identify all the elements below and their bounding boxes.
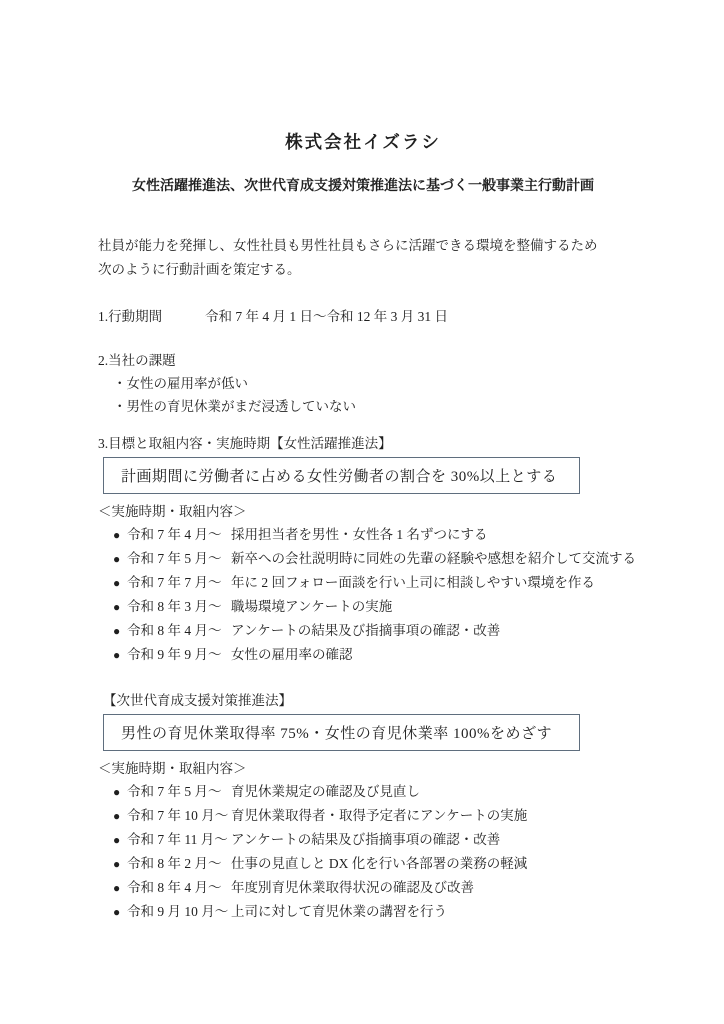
circle-bullet-icon: ● xyxy=(113,596,127,619)
section-company-issues: 2.当社の課題 ・女性の雇用率が低い ・男性の育児休業がまだ浸透していない xyxy=(98,350,628,418)
item-date: 令和 7 年 7 月～ xyxy=(127,571,231,594)
issue-item: ・女性の雇用率が低い xyxy=(98,372,628,395)
circle-bullet-icon: ● xyxy=(113,524,127,547)
schedule-item: ● 令和 8 年 4 月～ アンケートの結果及び指摘事項の確認・改善 xyxy=(98,619,628,643)
section-action-period: 1.行動期間令和 7 年 4 月 1 日～令和 12 年 3 月 31 日 xyxy=(98,306,628,328)
item-date: 令和 7 年 10 月～ xyxy=(127,804,231,827)
goal-text: 計画期間に労働者に占める女性労働者の割合を 30%以上とする xyxy=(121,465,557,486)
item-date: 令和 7 年 4 月～ xyxy=(127,523,231,546)
schedule-list: ● 令和 7 年 5 月～ 育児休業規定の確認及び見直し ● 令和 7 年 10… xyxy=(98,780,628,924)
schedule-item: ● 令和 9 月 10 月～ 上司に対して育児休業の講習を行う xyxy=(98,900,628,924)
schedule-subheading: ＜実施時期・取組内容＞ xyxy=(98,501,628,523)
schedule-item: ● 令和 8 年 4 月～ 年度別育児休業取得状況の確認及び改善 xyxy=(98,876,628,900)
item-desc: 年度別育児休業取得状況の確認及び改善 xyxy=(231,876,474,899)
company-title: 株式会社イズラシ xyxy=(98,130,628,154)
action-period-value: 令和 7 年 4 月 1 日～令和 12 年 3 月 31 日 xyxy=(205,309,448,324)
schedule-item: ● 令和 7 年 4 月～ 採用担当者を男性・女性各 1 名ずつにする xyxy=(98,523,628,547)
schedule-item: ● 令和 7 年 7 月～ 年に 2 回フォロー面談を行い上司に相談しやすい環境… xyxy=(98,571,628,595)
circle-bullet-icon: ● xyxy=(113,620,127,643)
item-desc: 育児休業取得者・取得予定者にアンケートの実施 xyxy=(231,804,527,827)
item-date: 令和 7 年 5 月～ xyxy=(127,780,231,803)
schedule-item: ● 令和 7 年 5 月～ 新卒への会社説明時に同姓の先輩の経験や感想を紹介して… xyxy=(98,547,628,571)
item-desc: 新卒への会社説明時に同姓の先輩の経験や感想を紹介して交流する xyxy=(231,547,636,570)
schedule-subheading: ＜実施時期・取組内容＞ xyxy=(98,758,628,780)
intro-line-1: 社員が能力を発揮し、女性社員も男性社員もさらに活躍できる環境を整備するため xyxy=(98,234,628,258)
issue-item: ・男性の育児休業がまだ浸透していない xyxy=(98,395,628,418)
circle-bullet-icon: ● xyxy=(113,829,127,852)
item-desc: 仕事の見直しと DX 化を行い各部署の業務の軽減 xyxy=(231,852,527,875)
intro-paragraph: 社員が能力を発揮し、女性社員も男性社員もさらに活躍できる環境を整備するため 次の… xyxy=(98,234,628,282)
company-issues-label: 2.当社の課題 xyxy=(98,350,628,372)
action-period-label: 1.行動期間 xyxy=(98,306,205,328)
goal-box: 計画期間に労働者に占める女性労働者の割合を 30%以上とする xyxy=(103,457,580,494)
item-date: 令和 8 年 4 月～ xyxy=(127,876,231,899)
item-date: 令和 9 月 10 月～ xyxy=(127,900,231,923)
plan-heading-women-advancement: 3.目標と取組内容・実施時期【女性活躍推進法】 xyxy=(98,434,628,454)
issue-text: 女性の雇用率が低い xyxy=(127,376,249,391)
item-desc: アンケートの結果及び指摘事項の確認・改善 xyxy=(231,828,500,851)
intro-line-2: 次のように行動計画を策定する。 xyxy=(98,258,628,282)
circle-bullet-icon: ● xyxy=(113,901,127,924)
issue-text: 男性の育児休業がまだ浸透していない xyxy=(127,399,357,414)
circle-bullet-icon: ● xyxy=(113,548,127,571)
item-desc: 年に 2 回フォロー面談を行い上司に相談しやすい環境を作る xyxy=(231,571,595,594)
schedule-item: ● 令和 7 年 11 月～ アンケートの結果及び指摘事項の確認・改善 xyxy=(98,828,628,852)
item-date: 令和 7 年 5 月～ xyxy=(127,547,231,570)
item-desc: アンケートの結果及び指摘事項の確認・改善 xyxy=(231,619,500,642)
circle-bullet-icon: ● xyxy=(113,877,127,900)
item-desc: 女性の雇用率の確認 xyxy=(231,643,353,666)
item-desc: 採用担当者を男性・女性各 1 名ずつにする xyxy=(231,523,488,546)
item-date: 令和 7 年 11 月～ xyxy=(127,828,231,851)
circle-bullet-icon: ● xyxy=(113,781,127,804)
goal-box: 男性の育児休業取得率 75%・女性の育児休業率 100%をめざす xyxy=(103,714,580,751)
item-desc: 育児休業規定の確認及び見直し xyxy=(231,780,420,803)
item-date: 令和 9 年 9 月～ xyxy=(127,643,231,666)
circle-bullet-icon: ● xyxy=(113,805,127,828)
item-date: 令和 8 年 3 月～ xyxy=(127,595,231,618)
item-date: 令和 8 年 2 月～ xyxy=(127,852,231,875)
item-desc: 職場環境アンケートの実施 xyxy=(231,595,392,618)
circle-bullet-icon: ● xyxy=(113,853,127,876)
item-date: 令和 8 年 4 月～ xyxy=(127,619,231,642)
dot-bullet-icon: ・ xyxy=(113,376,127,391)
circle-bullet-icon: ● xyxy=(113,572,127,595)
schedule-item: ● 令和 7 年 10 月～ 育児休業取得者・取得予定者にアンケートの実施 xyxy=(98,804,628,828)
dot-bullet-icon: ・ xyxy=(113,399,127,414)
schedule-item: ● 令和 9 年 9 月～ 女性の雇用率の確認 xyxy=(98,643,628,667)
schedule-item: ● 令和 8 年 3 月～ 職場環境アンケートの実施 xyxy=(98,595,628,619)
circle-bullet-icon: ● xyxy=(113,644,127,667)
schedule-list: ● 令和 7 年 4 月～ 採用担当者を男性・女性各 1 名ずつにする ● 令和… xyxy=(98,523,628,667)
item-desc: 上司に対して育児休業の講習を行う xyxy=(231,900,447,923)
schedule-item: ● 令和 7 年 5 月～ 育児休業規定の確認及び見直し xyxy=(98,780,628,804)
document-page: 株式会社イズラシ 女性活躍推進法、次世代育成支援対策推進法に基づく一般事業主行動… xyxy=(0,0,724,1024)
schedule-item: ● 令和 8 年 2 月～ 仕事の見直しと DX 化を行い各部署の業務の軽減 xyxy=(98,852,628,876)
document-subtitle: 女性活躍推進法、次世代育成支援対策推進法に基づく一般事業主行動計画 xyxy=(98,176,628,198)
goal-text: 男性の育児休業取得率 75%・女性の育児休業率 100%をめざす xyxy=(121,722,552,743)
plan-heading-next-generation: 【次世代育成支援対策推進法】 xyxy=(98,691,628,711)
